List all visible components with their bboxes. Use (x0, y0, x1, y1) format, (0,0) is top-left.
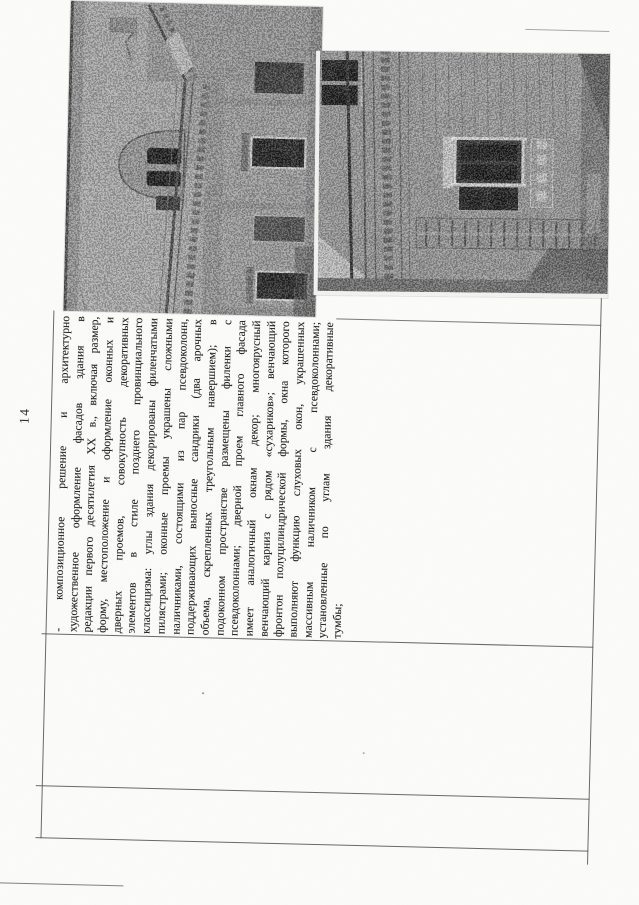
scan-speck (363, 752, 365, 754)
scanned-page: 14 - композиционное решение и архитектур… (0, 0, 639, 905)
photo-grain (318, 51, 610, 294)
table-left-border (35, 837, 588, 852)
page-number: 14 (16, 396, 33, 436)
table-right-border-fragment (525, 29, 609, 32)
table-column-divider-3 (336, 318, 601, 326)
building-facade-with-arched-fronton-photo (63, 1, 322, 317)
table-bottom-border (587, 298, 602, 865)
scan-speck (202, 692, 204, 694)
rotated-document-content: 14 - композиционное решение и архитектур… (0, 0, 639, 905)
scan-edge-artifact-line (0, 882, 123, 887)
photo-grain (63, 1, 322, 317)
table-column-divider-1 (36, 785, 590, 800)
facade-window-detail-photo (314, 51, 611, 298)
text-cell: - композиционное решение и архитектурнох… (52, 316, 356, 639)
